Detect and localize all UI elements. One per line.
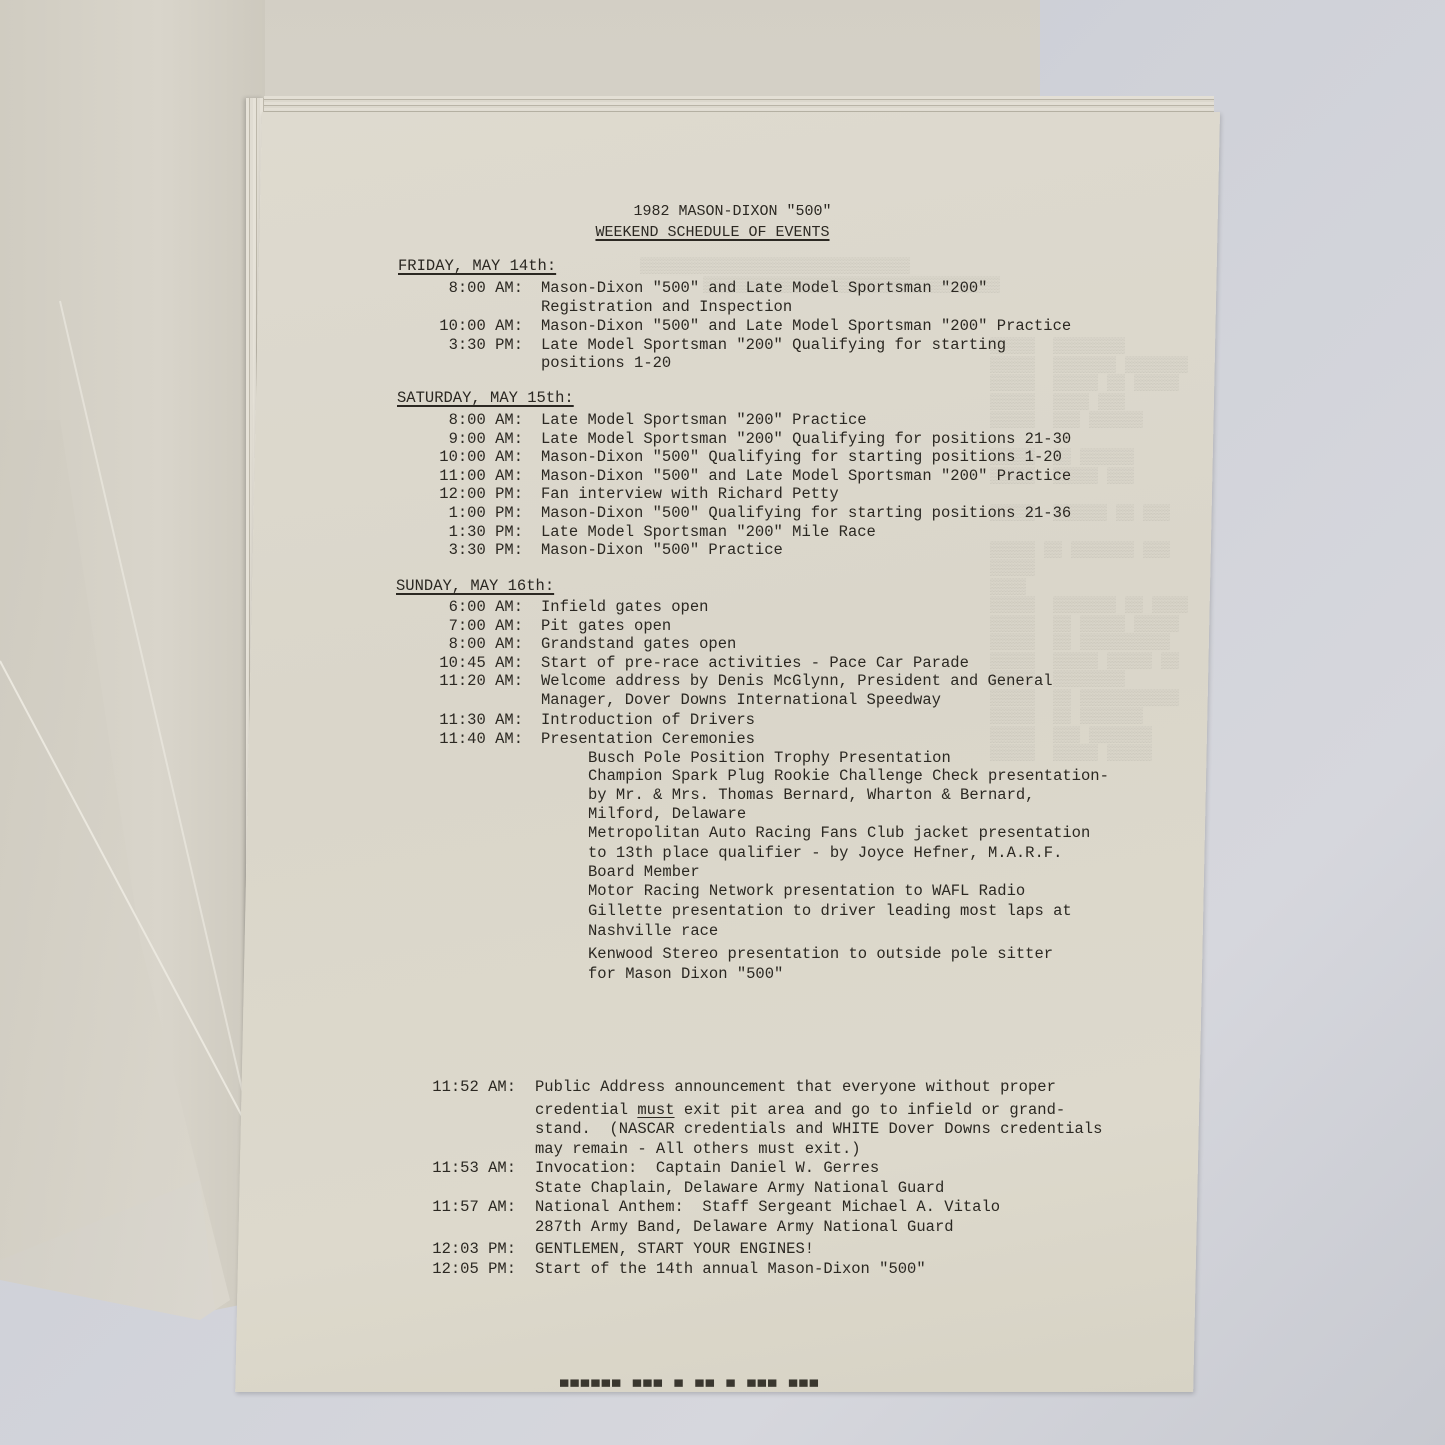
event-description: Grandstand gates open	[541, 635, 736, 653]
event-description: may remain - All others must exit.)	[535, 1140, 861, 1158]
day-heading-saturday: SATURDAY, MAY 15th:	[397, 389, 574, 407]
event-time: 7:00 AM:	[449, 617, 523, 635]
event-time: 11:52 AM:	[432, 1078, 516, 1096]
event-row-continued: positions 1-20	[0, 354, 1200, 373]
event-description: Registration and Inspection	[541, 298, 792, 316]
event-time: 6:00 AM:	[449, 598, 523, 616]
document-title: 1982 MASON-DIXON "500"	[10, 203, 1445, 220]
event-row-continued: Registration and Inspection	[0, 298, 1200, 317]
presentation-item: Kenwood Stereo presentation to outside p…	[0, 945, 1200, 964]
event-row-continued: Manager, Dover Downs International Speed…	[0, 691, 1200, 710]
event-description: Infield gates open	[541, 598, 708, 616]
event-description: State Chaplain, Delaware Army National G…	[535, 1179, 944, 1197]
event-time: 8:00 AM:	[449, 411, 523, 429]
event-row: 12:05 PM: Start of the 14th annual Mason…	[0, 1260, 1200, 1279]
day-heading-friday: FRIDAY, MAY 14th:	[398, 257, 556, 275]
day-heading-text: SUNDAY, MAY 16th:	[396, 577, 554, 595]
event-row-continued: State Chaplain, Delaware Army National G…	[0, 1179, 1200, 1198]
event-description: Start of pre-race activities - Pace Car …	[541, 654, 969, 672]
event-row: 11:57 AM: National Anthem: Staff Sergean…	[0, 1198, 1200, 1217]
event-time: 12:00 PM:	[439, 485, 523, 503]
event-time: 11:30 AM:	[439, 711, 523, 729]
event-row: 11:00 AM: Mason-Dixon "500" and Late Mod…	[0, 467, 1200, 486]
presentation-text: Motor Racing Network presentation to WAF…	[588, 882, 1025, 900]
presentation-text: Busch Pole Position Trophy Presentation	[588, 749, 951, 767]
presentation-text: Kenwood Stereo presentation to outside p…	[588, 945, 1053, 963]
presentation-text: for Mason Dixon "500"	[588, 965, 783, 983]
event-description: positions 1-20	[541, 354, 671, 372]
day-heading-text: FRIDAY, MAY 14th:	[398, 257, 556, 275]
presentation-item: Nashville race	[0, 922, 1200, 941]
event-description: Mason-Dixon "500" and Late Model Sportsm…	[541, 317, 1071, 335]
event-time: 12:03 PM:	[432, 1240, 516, 1258]
event-row-continued: 287th Army Band, Delaware Army National …	[0, 1218, 1200, 1237]
event-row: 1:00 PM: Mason-Dixon "500" Qualifying fo…	[0, 504, 1200, 523]
event-time: 10:00 AM:	[439, 317, 523, 335]
event-row: 10:00 AM: Mason-Dixon "500" and Late Mod…	[0, 317, 1200, 336]
event-time: 1:30 PM:	[449, 523, 523, 541]
cut-off-text-fragment: ▀▀▀▀▀▀ ▀▀▀ ▀ ▀▀ ▀ ▀▀▀ ▀▀▀	[560, 1378, 820, 1390]
event-time: 11:20 AM:	[439, 672, 523, 690]
event-description: Late Model Sportsman "200" Qualifying fo…	[541, 430, 1071, 448]
presentation-text: Champion Spark Plug Rookie Challenge Che…	[588, 767, 1109, 785]
event-description: Presentation Ceremonies	[541, 730, 755, 748]
event-row: 11:53 AM: Invocation: Captain Daniel W. …	[0, 1159, 1200, 1178]
event-row: 3:30 PM: Late Model Sportsman "200" Qual…	[0, 336, 1200, 355]
presentation-text: by Mr. & Mrs. Thomas Bernard, Wharton & …	[588, 786, 1034, 804]
event-row: 8:00 AM: Late Model Sportsman "200" Prac…	[0, 411, 1200, 430]
event-description: Late Model Sportsman "200" Qualifying fo…	[541, 336, 1006, 354]
event-description: Start of the 14th annual Mason-Dixon "50…	[535, 1260, 926, 1278]
event-row: 8:00 AM: Grandstand gates open	[0, 635, 1200, 654]
presentation-item: by Mr. & Mrs. Thomas Bernard, Wharton & …	[0, 786, 1200, 805]
event-description: Mason-Dixon "500" Qualifying for startin…	[541, 448, 1062, 466]
event-time: 11:53 AM:	[432, 1159, 516, 1177]
event-description: Introduction of Drivers	[541, 711, 755, 729]
event-row: 1:30 PM: Late Model Sportsman "200" Mile…	[0, 523, 1200, 542]
event-time: 11:00 AM:	[439, 467, 523, 485]
presentation-item: Champion Spark Plug Rookie Challenge Che…	[0, 767, 1200, 786]
event-description: Mason-Dixon "500" and Late Model Sportsm…	[541, 467, 1071, 485]
event-description: GENTLEMEN, START YOUR ENGINES!	[535, 1240, 814, 1258]
presentation-text: to 13th place qualifier - by Joyce Hefne…	[588, 844, 1062, 862]
event-row-continued: credential must exit pit area and go to …	[0, 1101, 1200, 1120]
event-row-continued: may remain - All others must exit.)	[0, 1140, 1200, 1159]
event-time: 11:57 AM:	[432, 1198, 516, 1216]
event-description: Mason-Dixon "500" and Late Model Sportsm…	[541, 279, 987, 297]
document-subtitle: WEEKEND SCHEDULE OF EVENTS	[0, 224, 1435, 241]
event-description: Fan interview with Richard Petty	[541, 485, 839, 503]
event-row: 7:00 AM: Pit gates open	[0, 617, 1200, 636]
presentation-item: Gillette presentation to driver leading …	[0, 902, 1200, 921]
presentation-item: Milford, Delaware	[0, 805, 1200, 824]
presentation-item: Metropolitan Auto Racing Fans Club jacke…	[0, 824, 1200, 843]
event-time: 11:40 AM:	[439, 730, 523, 748]
event-time: 8:00 AM:	[449, 279, 523, 297]
event-time: 3:30 PM:	[449, 541, 523, 559]
presentation-item: for Mason Dixon "500"	[0, 965, 1200, 984]
event-time: 10:45 AM:	[439, 654, 523, 672]
event-time: 3:30 PM:	[449, 336, 523, 354]
presentation-item: Motor Racing Network presentation to WAF…	[0, 882, 1200, 901]
event-row: 10:00 AM: Mason-Dixon "500" Qualifying f…	[0, 448, 1200, 467]
event-row: 12:03 PM: GENTLEMEN, START YOUR ENGINES!	[0, 1240, 1200, 1259]
presentation-text: Milford, Delaware	[588, 805, 746, 823]
presentation-item: Board Member	[0, 863, 1200, 882]
event-row: 9:00 AM: Late Model Sportsman "200" Qual…	[0, 430, 1200, 449]
event-description: 287th Army Band, Delaware Army National …	[535, 1218, 954, 1236]
event-description: National Anthem: Staff Sergeant Michael …	[535, 1198, 1000, 1216]
event-row: 6:00 AM: Infield gates open	[0, 598, 1200, 617]
document-subtitle-text: WEEKEND SCHEDULE OF EVENTS	[595, 224, 829, 241]
presentation-text: Metropolitan Auto Racing Fans Club jacke…	[588, 824, 1090, 842]
event-description: Manager, Dover Downs International Speed…	[541, 691, 941, 709]
event-description: Public Address announcement that everyon…	[535, 1078, 1056, 1096]
event-description: Invocation: Captain Daniel W. Gerres	[535, 1159, 879, 1177]
event-description: Mason-Dixon "500" Qualifying for startin…	[541, 504, 1071, 522]
event-description: Late Model Sportsman "200" Mile Race	[541, 523, 876, 541]
event-row-continued: stand. (NASCAR credentials and WHITE Dov…	[0, 1120, 1200, 1139]
day-heading-sunday: SUNDAY, MAY 16th:	[396, 577, 554, 595]
presentation-text: Nashville race	[588, 922, 718, 940]
presentation-item: Busch Pole Position Trophy Presentation	[0, 749, 1200, 768]
emphasis-underline: must	[637, 1101, 674, 1119]
event-description: credential must exit pit area and go to …	[535, 1101, 1065, 1119]
presentation-text: Gillette presentation to driver leading …	[588, 902, 1072, 920]
event-time: 10:00 AM:	[439, 448, 523, 466]
event-row: 10:45 AM: Start of pre-race activities -…	[0, 654, 1200, 673]
event-time: 8:00 AM:	[449, 635, 523, 653]
event-description: Mason-Dixon "500" Practice	[541, 541, 783, 559]
event-row: 12:00 PM: Fan interview with Richard Pet…	[0, 485, 1200, 504]
event-time: 12:05 PM:	[432, 1260, 516, 1278]
event-description: stand. (NASCAR credentials and WHITE Dov…	[535, 1120, 1102, 1138]
event-row: 11:30 AM: Introduction of Drivers	[0, 711, 1200, 730]
event-time: 1:00 PM:	[449, 504, 523, 522]
event-description: Late Model Sportsman "200" Practice	[541, 411, 867, 429]
event-row: 3:30 PM: Mason-Dixon "500" Practice	[0, 541, 1200, 560]
event-description: Welcome address by Denis McGlynn, Presid…	[541, 672, 1053, 690]
event-row: 11:40 AM: Presentation Ceremonies	[0, 730, 1200, 749]
schedule-document: 1982 MASON-DIXON "500" WEEKEND SCHEDULE …	[0, 0, 1445, 1445]
event-row: 8:00 AM: Mason-Dixon "500" and Late Mode…	[0, 279, 1200, 298]
event-description: Pit gates open	[541, 617, 671, 635]
event-row: 11:52 AM: Public Address announcement th…	[0, 1078, 1200, 1097]
event-time: 9:00 AM:	[449, 430, 523, 448]
presentation-text: Board Member	[588, 863, 700, 881]
presentation-item: to 13th place qualifier - by Joyce Hefne…	[0, 844, 1200, 863]
day-heading-text: SATURDAY, MAY 15th:	[397, 389, 574, 407]
event-row: 11:20 AM: Welcome address by Denis McGly…	[0, 672, 1200, 691]
